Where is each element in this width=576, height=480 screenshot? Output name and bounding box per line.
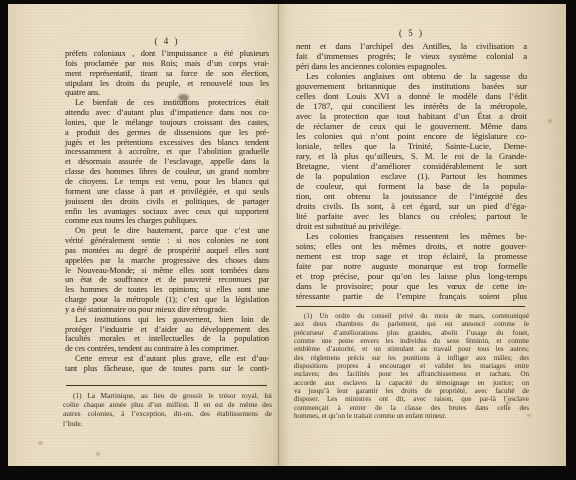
text-line: ment représentatif, tirant sa force de s… — [65, 69, 269, 79]
text-line: incessamment à accroître, et que l’aboli… — [65, 147, 269, 157]
text-line: Les colonies françaises ressentent les m… — [296, 231, 527, 241]
text-line: de 1787, qui concilient les intérêts de … — [296, 101, 527, 111]
text-line: péri dans les anciennes colonies espagno… — [296, 61, 527, 71]
text-line: comme une peine envers les individus du … — [294, 337, 529, 345]
text-line: Bretagne, vient d’améliorer considérable… — [296, 161, 527, 171]
text-line: les hommes de toutes les opinions; si el… — [65, 285, 269, 295]
text-line: Les institutions qui les gouvernent, bie… — [65, 315, 269, 325]
text-line: esclaves; des facilités pour les affranc… — [294, 370, 529, 378]
text-line: de citoyens. Le temps est venu, pour les… — [65, 177, 269, 187]
text-line: les colonies qui n’ont point encore de l… — [296, 131, 527, 141]
footnote-rule-right — [296, 306, 525, 307]
text-line: fait d’immenses progrès; le vieux systèm… — [296, 51, 527, 61]
text-line: Cette erreur est d’autant plus grave, el… — [65, 354, 269, 364]
text-line: préfets coloniaux , dont l’impuissance a… — [65, 49, 269, 59]
text-line: lité parfaite avec les blancs ou créoles… — [296, 211, 527, 221]
text-line: précurseur d’améliorations plus grandes,… — [294, 329, 529, 337]
text-line: enfin les avantages sociaux avec ceux qu… — [65, 207, 269, 217]
footnote-rule-left — [66, 385, 267, 386]
text-line: facultés morales et intellectuelles de l… — [65, 334, 269, 344]
text-line: fois proclamée par nos Rois; mais d’un c… — [65, 59, 269, 69]
text-line: disposer. Les ministres ont dit, avec ra… — [294, 395, 529, 403]
foxing-spot — [548, 119, 552, 123]
text-line: soins; elles ont les mêmes droits, et no… — [296, 241, 527, 251]
text-line: pas montées au degré de prospérité auque… — [65, 246, 269, 256]
text-line: de ces contrées, tendent au contraire à … — [65, 344, 269, 354]
text-line: forment une classe à part et privilégiée… — [65, 187, 269, 197]
text-line: (1) Un ordre du conseil privé du mois de… — [294, 312, 529, 320]
text-line: autres colonies, à l’exception, dit-on, … — [63, 409, 272, 418]
text-line: quatre ans. — [65, 88, 269, 98]
text-line: On peut le dire hautement, parce que c’e… — [65, 226, 269, 236]
text-line: droits civils. Ils sont, à cet égard, su… — [296, 201, 527, 211]
text-line: et trop précise, pour qu’on les laisse p… — [296, 271, 527, 281]
text-line: attendu avec d’autant plus d’impatience … — [65, 108, 269, 118]
gutter-crease — [278, 4, 279, 466]
text-line: nement est trop sage et trop éclairé, la… — [296, 251, 527, 261]
text-line: classe des hommes libres de couleur, un … — [65, 167, 269, 177]
text-line: Les colonies anglaises ont obtenu de la … — [296, 71, 527, 81]
text-line: comme eux toutes les charges publiques. — [65, 216, 269, 226]
foxing-spot — [96, 452, 100, 456]
text-line: des réglemens précis sur les punitions à… — [294, 354, 529, 362]
text-line: tion, ont obtenu la jouissance de l’inté… — [296, 191, 527, 201]
text-line: gouvernement britannique des institution… — [296, 81, 527, 91]
text-line: un état de souffrance et de pauvreté rec… — [65, 275, 269, 285]
text-line: charge pour la métropole (1); c’est que … — [65, 295, 269, 305]
text-line: droit est substitué au privilége. — [296, 221, 527, 231]
text-line: nent et dans l’archipel des Antilles, la… — [296, 41, 527, 51]
text-line: téressante partie de l’empire français s… — [296, 291, 527, 301]
text-line: emblème d’autorité, et un stimulant au t… — [294, 345, 529, 353]
text-line: rary, et là plus qu’ailleurs, S. M. le r… — [296, 151, 527, 161]
text-line: le Nouveau-Monde; si même elles sont tom… — [65, 266, 269, 276]
text-line: (1) La Martinique, au lieu de grossir le… — [63, 391, 272, 400]
text-line: et désormais assurée de l’esclavage, app… — [65, 157, 269, 167]
page-number-right: ( 5 ) — [296, 28, 527, 38]
text-line: faite par notre auguste monarque est tro… — [296, 261, 527, 271]
foxing-spot — [38, 441, 43, 445]
text-line: celles dont Louis XVI a donné le modèle … — [296, 91, 527, 101]
text-line: protéger l’industrie et d’aider au dével… — [65, 325, 269, 335]
text-line: avec la protection que tout habitant d’u… — [296, 111, 527, 121]
right-page-body-text: nent et dans l’archipel des Antilles, la… — [296, 41, 527, 301]
text-line: hommes, et qu’on le traitait comme un en… — [294, 412, 529, 420]
text-line: de couleur, qui forment la base de la po… — [296, 181, 527, 191]
text-line: Le bienfait de ces institutions protectr… — [65, 98, 269, 108]
text-line: aux deux chambres du parlement, qui est … — [294, 320, 529, 328]
text-line: tant plus fâcheuse, que de toutes parts … — [65, 364, 269, 374]
text-line: jouissent des droits civils et politique… — [65, 197, 269, 207]
right-page-footnote: (1) Un ordre du conseil privé du mois de… — [294, 312, 529, 420]
text-line: y a été stationnaire ou pour mieux dire … — [65, 305, 269, 315]
book-spread-scan: ( 4 ) préfets coloniaux , dont l’impuiss… — [8, 4, 566, 466]
text-line: de réclamer de ceux qui le gouvernent. M… — [296, 121, 527, 131]
text-line: vérité généralement sentie : si nos colo… — [65, 236, 269, 246]
text-line: jugés et les prétentions excessives des … — [65, 138, 269, 148]
text-line: l’Inde. — [63, 419, 272, 428]
text-line: accorde aux esclaves la capacité du témo… — [294, 379, 529, 387]
text-line: de la population esclave (1). Partout le… — [296, 171, 527, 181]
text-line: appelées par la marche progressive des c… — [65, 256, 269, 266]
page-number-left: ( 4 ) — [65, 36, 269, 46]
text-line: lonies, que le mélange toujours croissan… — [65, 118, 269, 128]
text-line: va jusqu’à leur garantir les droits de p… — [294, 387, 529, 395]
text-line: stipulant les droits du peuple, et renou… — [65, 79, 269, 89]
left-page-body-text: préfets coloniaux , dont l’impuissance a… — [65, 49, 269, 374]
text-line: coûte chaque année plus d’un million. Il… — [63, 400, 272, 409]
left-page-footnote: (1) La Martinique, au lieu de grossir le… — [63, 391, 272, 428]
text-line: loniale, telles que la Trinité, Sainte-L… — [296, 141, 527, 151]
text-line: a produit des germes de dissensions que … — [65, 128, 269, 138]
text-line: dans le provisoire; pour que les vœux de… — [296, 281, 527, 291]
text-line: dispositions propres à encourager et val… — [294, 362, 529, 370]
text-line: commençait à entrer de la classe des bru… — [294, 404, 529, 412]
